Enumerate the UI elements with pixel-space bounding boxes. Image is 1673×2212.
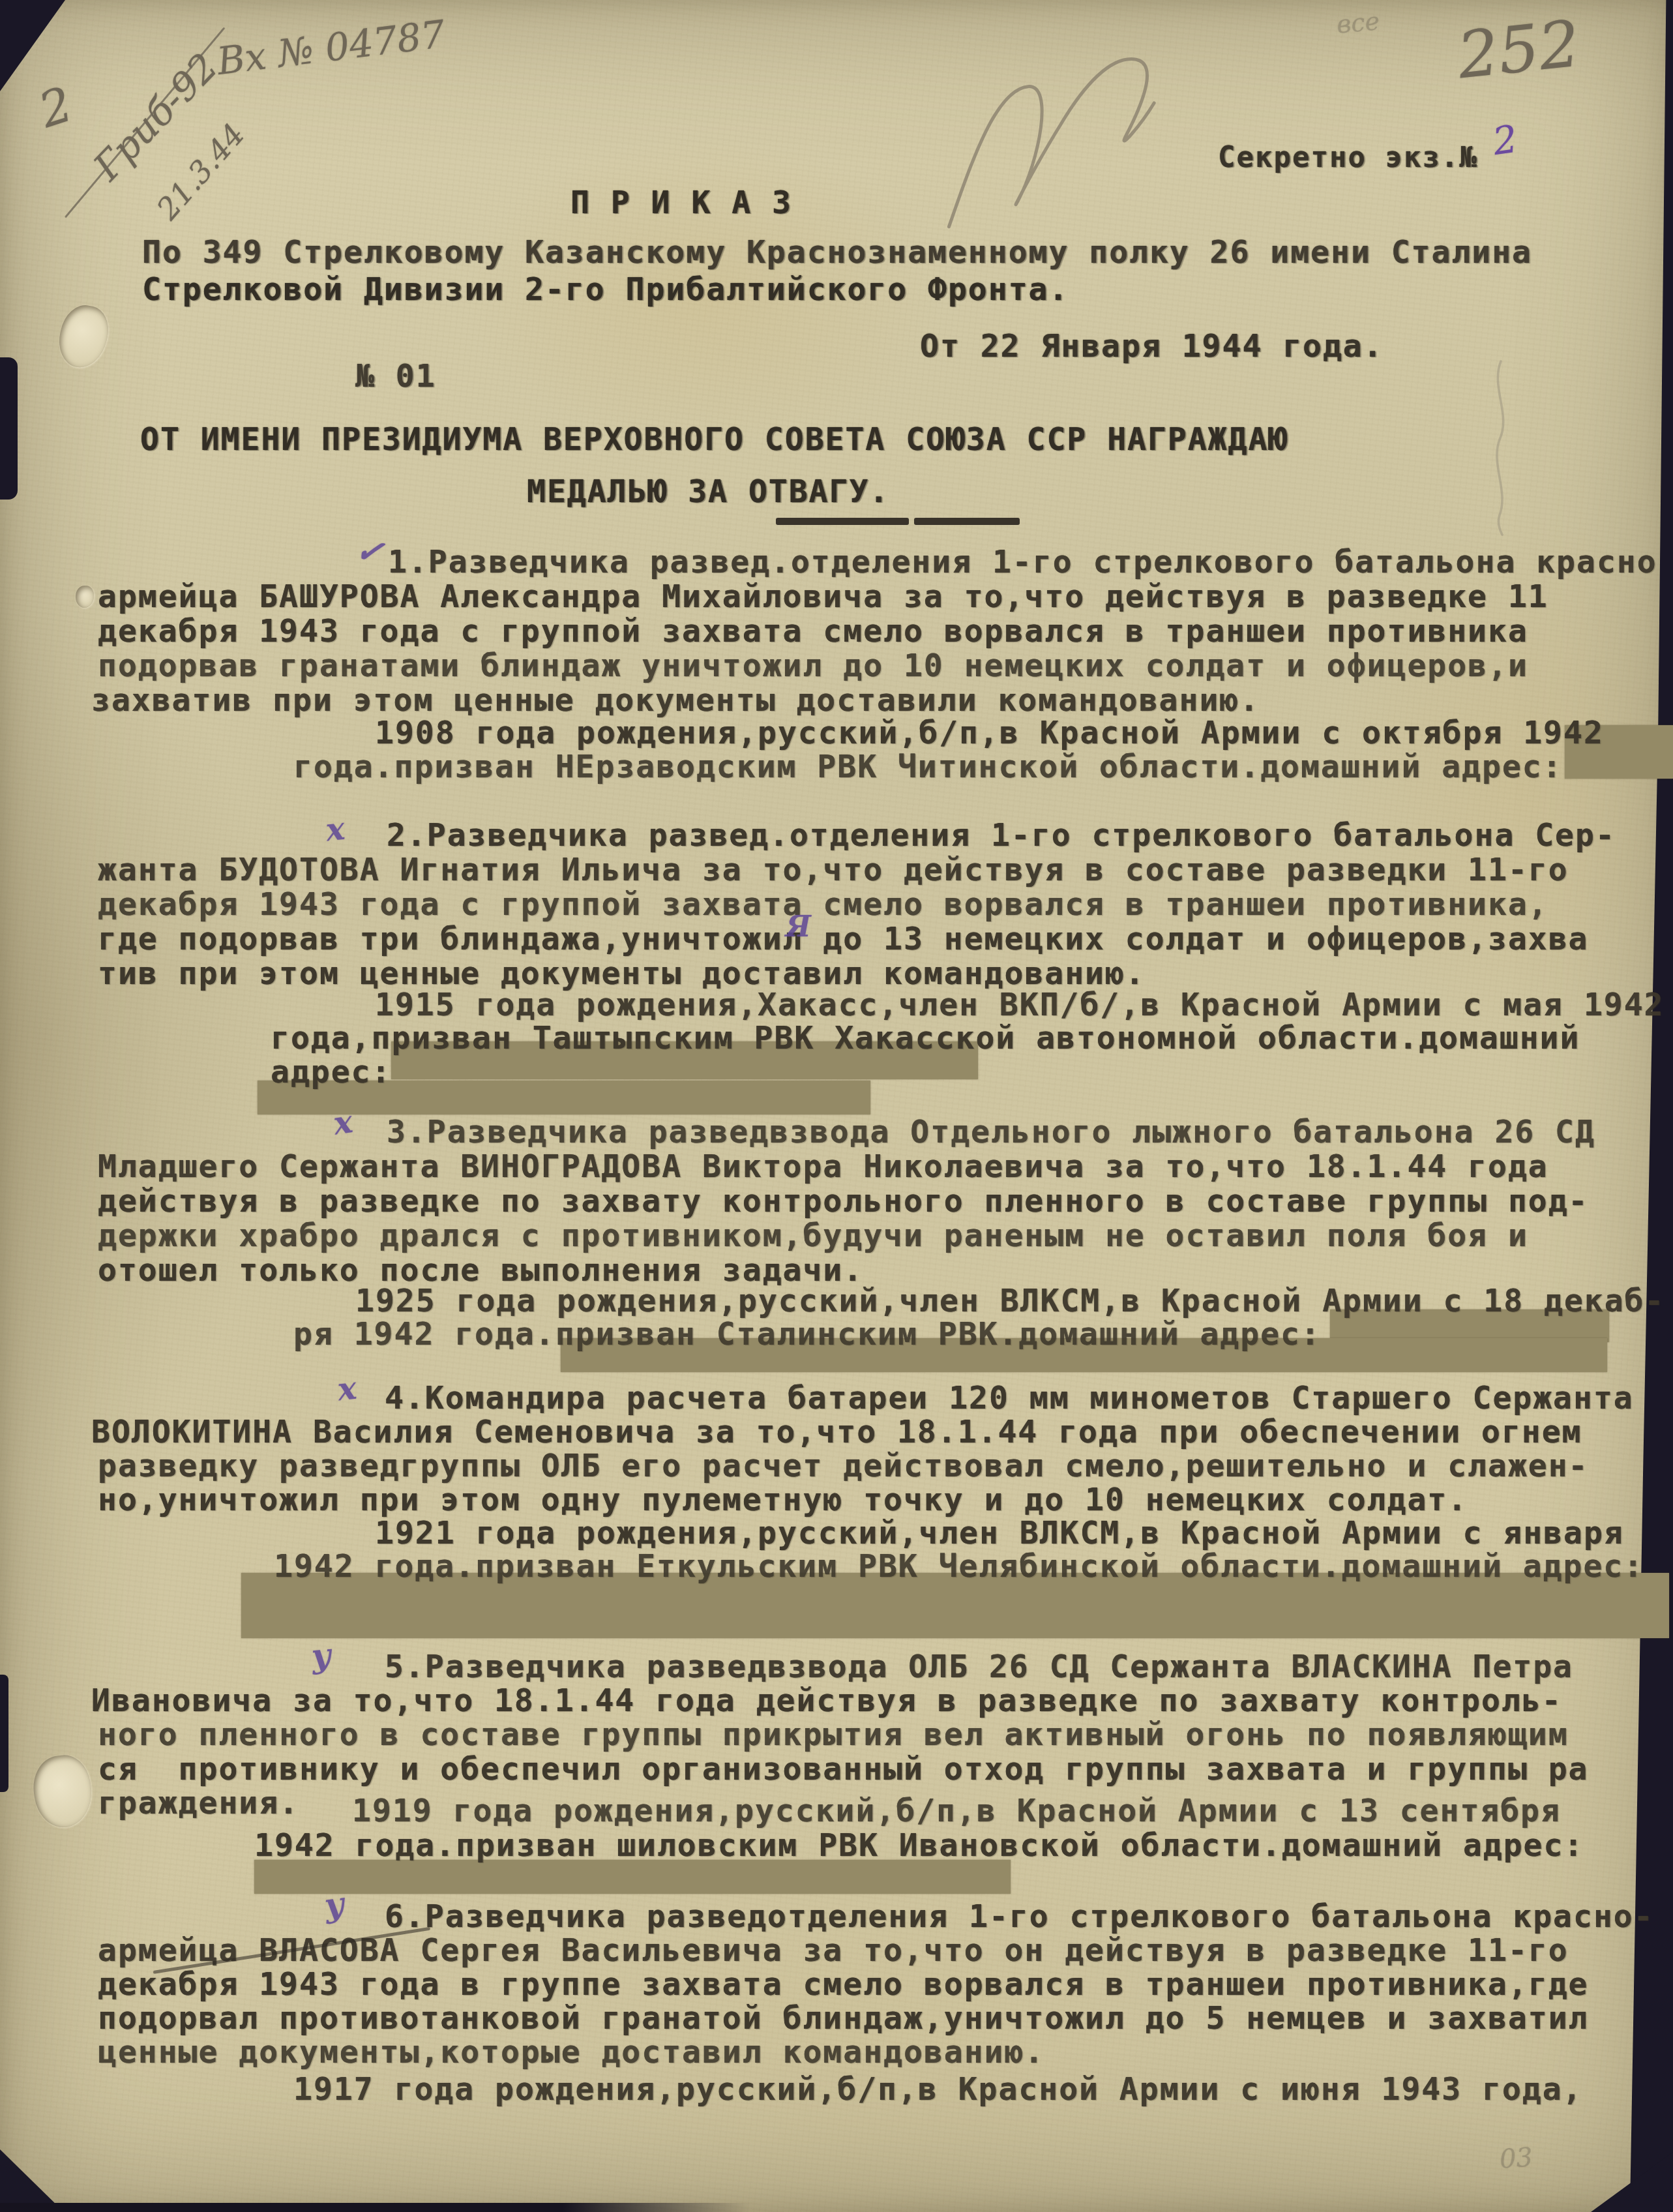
- pencil-note: 03: [1499, 2144, 1534, 2172]
- check-mark: х: [336, 1373, 358, 1406]
- signature-scribble: [926, 46, 1200, 228]
- check-mark: х: [325, 813, 346, 846]
- pencil-note: 252: [1455, 12, 1582, 88]
- check-mark: ✓: [353, 533, 387, 571]
- pencil-note: 2: [1490, 120, 1520, 161]
- check-mark: у: [323, 1887, 346, 1922]
- pencil-note: Вх № 04787: [215, 15, 447, 80]
- document-scan-page: Секретно экз.№П Р И К А ЗПо 349 Стрелков…: [0, 0, 1673, 2212]
- pencil-note: все: [1335, 8, 1380, 37]
- handwritten-correction: Я: [786, 913, 811, 942]
- handwritten-layer: 2Гриб-9221.3.44Вх № 04787все252203✓хххуу…: [0, 0, 1673, 2212]
- pencil-squiggle: [1487, 360, 1515, 536]
- check-mark: х: [332, 1106, 355, 1140]
- check-mark: у: [310, 1639, 333, 1673]
- pencil-note: 2: [34, 80, 78, 136]
